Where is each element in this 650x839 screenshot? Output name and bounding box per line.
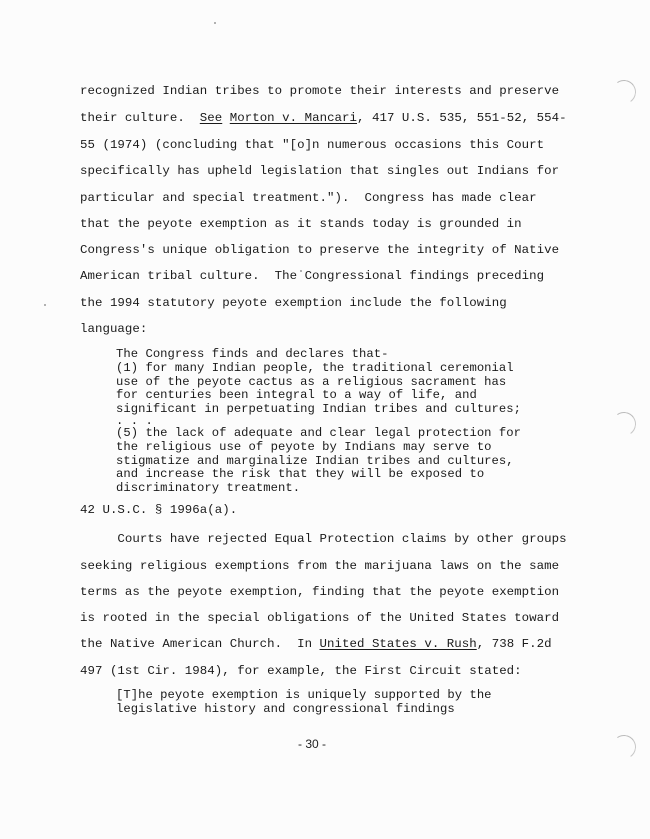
text-span: their culture.	[80, 111, 200, 125]
quote-line: The Congress finds and declares that-	[116, 347, 388, 361]
scan-speck	[214, 22, 216, 24]
body-text-line: specifically has upheld legislation that…	[80, 164, 559, 178]
body-text-line: Courts have rejected Equal Protection cl…	[80, 532, 567, 546]
quote-line: legislative history and congressional fi…	[116, 702, 455, 716]
case-name: United States v. Rush	[320, 637, 477, 651]
quote-line: [T]he peyote exemption is uniquely suppo…	[116, 688, 492, 702]
body-text-line: that the peyote exemption as it stands t…	[80, 217, 522, 231]
body-text-line: the 1994 statutory peyote exemption incl…	[80, 296, 507, 310]
quote-line: discriminatory treatment.	[116, 481, 300, 495]
citation-text: , 738 F.2d	[477, 637, 552, 651]
body-text-line: Congress's unique obligation to preserve…	[80, 243, 559, 257]
text-span: the Native American Church. In	[80, 637, 320, 651]
body-text-line: language:	[80, 322, 147, 336]
body-text-line: seeking religious exemptions from the ma…	[80, 559, 559, 573]
statute-citation: 42 U.S.C. § 1996a(a).	[80, 503, 237, 517]
citation-text: , 417 U.S. 535, 551-52, 554-	[357, 111, 567, 125]
body-text-line: particular and special treatment."). Con…	[80, 191, 537, 205]
body-text-line: is rooted in the special obligations of …	[80, 611, 559, 625]
quote-line: (5) the lack of adequate and clear legal…	[116, 426, 521, 440]
hole-punch-mark	[610, 733, 638, 761]
document-page: recognized Indian tribes to promote thei…	[0, 0, 650, 839]
quote-line: stigmatize and marginalize Indian tribes…	[116, 454, 514, 468]
page-number: - 30 -	[298, 737, 326, 751]
body-text-line: American tribal culture. The Congression…	[80, 269, 544, 283]
quote-line: significant in perpetuating Indian tribe…	[116, 402, 521, 416]
hole-punch-mark	[610, 78, 638, 106]
body-text-line: 497 (1st Cir. 1984), for example, the Fi…	[80, 664, 522, 678]
text-span	[222, 111, 230, 125]
hole-punch-mark	[610, 410, 638, 438]
case-name: Morton v. Mancari	[230, 111, 357, 125]
body-text-line: 55 (1974) (concluding that "[o]n numerou…	[80, 138, 544, 152]
quote-line: for centuries been integral to a way of …	[116, 388, 477, 402]
quote-line: and increase the risk that they will be …	[116, 467, 484, 481]
scan-speck	[44, 304, 46, 306]
body-text-line: the Native American Church. In United St…	[80, 637, 552, 651]
scan-speck	[300, 270, 302, 272]
body-text-line: their culture. See Morton v. Mancari, 41…	[80, 111, 567, 125]
citation-signal: See	[200, 111, 222, 125]
body-text-line: terms as the peyote exemption, finding t…	[80, 585, 559, 599]
body-text-line: recognized Indian tribes to promote thei…	[80, 84, 559, 98]
quote-line: use of the peyote cactus as a religious …	[116, 375, 506, 389]
quote-line: (1) for many Indian people, the traditio…	[116, 361, 514, 375]
quote-line: the religious use of peyote by Indians m…	[116, 440, 492, 454]
